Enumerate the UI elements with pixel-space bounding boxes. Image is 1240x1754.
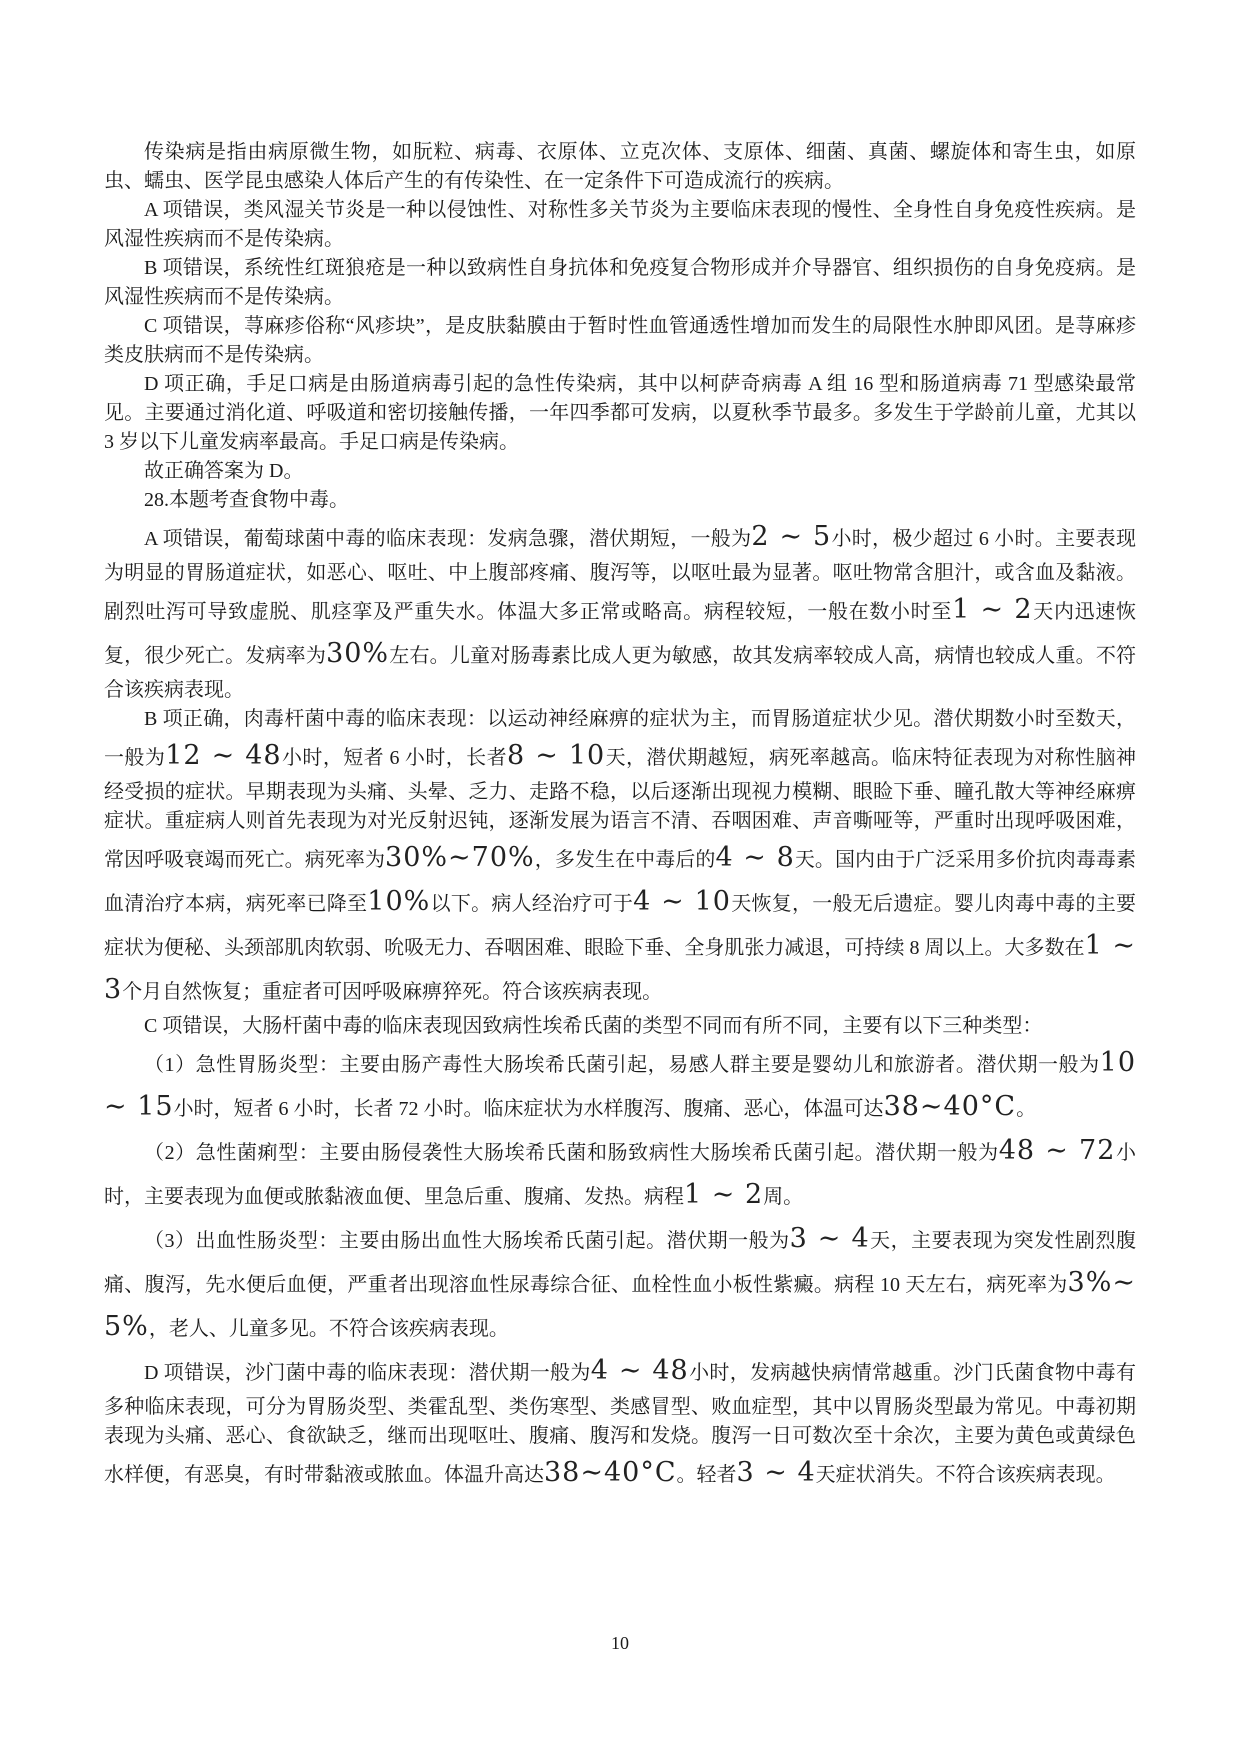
inline-math-expression: 4 ∼ 48 <box>591 1355 689 1386</box>
inline-math-expression: 3 ∼ 4 <box>790 1223 870 1254</box>
text-run: （2）急性菌痢型：主要由肠侵袭性大肠埃希氏菌和肠致病性大肠埃希氏菌引起。潜伏期一… <box>144 1142 999 1164</box>
text-run: A 项错误，类风湿关节炎是一种以侵蚀性、对称性多关节炎为主要临床表现的慢性、全身… <box>104 199 1136 250</box>
inline-math-expression: 38∼40°C <box>544 1457 677 1488</box>
paragraph-13: （3）出血性肠炎型：主要由肠出血性大肠埃希氏菌引起。潜伏期一般为3 ∼ 4天，主… <box>104 1217 1136 1349</box>
inline-math-expression: 2 ∼ 5 <box>751 521 831 552</box>
text-run: 小时，短者 6 小时，长者 <box>282 747 507 769</box>
text-run: C 项错误，荨麻疹俗称“风疹块”，是皮肤黏膜由于暂时性血管通透性增加而发生的局限… <box>104 315 1136 366</box>
text-run: 。轻者 <box>677 1464 737 1486</box>
document-page: 传染病是指由病原微生物，如朊粒、病毒、衣原体、立克次体、支原体、细菌、真菌、螺旋… <box>0 0 1240 1754</box>
text-run: 个月自然恢复；重症者可因呼吸麻痹猝死。符合该疾病表现。 <box>122 981 662 1003</box>
paragraph-5: D 项正确，手足口病是由肠道病毒引起的急性传染病，其中以柯萨奇病毒 A 组 16… <box>104 370 1136 457</box>
page-number: 10 <box>611 1633 629 1653</box>
inline-math-expression: 1 ∼ 2 <box>684 1179 763 1210</box>
inline-math-expression: 12 ∼ 48 <box>165 740 281 771</box>
text-run: 小时，短者 6 小时，长者 72 小时。临床症状为水样腹泻、腹痛、恶心，体温可达 <box>174 1098 884 1120</box>
text-run: ，老人、儿童多见。不符合该疾病表现。 <box>149 1318 509 1340</box>
text-run: B 项错误，系统性红斑狼疮是一种以致病性自身抗体和免疫复合物形成并介导器官、组织… <box>104 257 1136 308</box>
text-run: A 项错误，葡萄球菌中毒的临床表现：发病急骤，潜伏期短，一般为 <box>144 528 751 550</box>
inline-math-expression: 38∼40°C <box>884 1091 1017 1122</box>
text-run: 28.本题考查食物中毒。 <box>144 489 349 511</box>
paragraph-6: 故正确答案为 D。 <box>104 457 1136 486</box>
paragraph-11: （1）急性胃肠炎型：主要由肠产毒性大肠埃希氏菌引起，易感人群主要是婴幼儿和旅游者… <box>104 1041 1136 1129</box>
text-run: D 项正确，手足口病是由肠道病毒引起的急性传染病，其中以柯萨奇病毒 A 组 16… <box>104 373 1136 453</box>
inline-math-expression: 10% <box>367 886 430 917</box>
inline-math-expression: 4 ∼ 8 <box>715 842 794 873</box>
paragraph-2: A 项错误，类风湿关节炎是一种以侵蚀性、对称性多关节炎为主要临床表现的慢性、全身… <box>104 196 1136 254</box>
text-run: D 项错误，沙门菌中毒的临床表现：潜伏期一般为 <box>144 1362 591 1384</box>
text-run: 故正确答案为 D。 <box>144 460 303 482</box>
text-run: （1）急性胃肠炎型：主要由肠产毒性大肠埃希氏菌引起，易感人群主要是婴幼儿和旅游者… <box>144 1054 1100 1076</box>
paragraph-10: C 项错误，大肠杆菌中毒的临床表现因致病性埃希氏菌的类型不同而有所不同，主要有以… <box>104 1012 1136 1041</box>
text-run: 。 <box>1016 1098 1036 1120</box>
paragraph-4: C 项错误，荨麻疹俗称“风疹块”，是皮肤黏膜由于暂时性血管通透性增加而发生的局限… <box>104 312 1136 370</box>
paragraph-3: B 项错误，系统性红斑狼疮是一种以致病性自身抗体和免疫复合物形成并介导器官、组织… <box>104 254 1136 312</box>
inline-math-expression: 30% <box>326 638 389 669</box>
text-run: 天症状消失。不符合该疾病表现。 <box>816 1464 1116 1486</box>
inline-math-expression: 30%∼70% <box>385 842 535 873</box>
text-run: 周。 <box>763 1186 803 1208</box>
text-run: （3）出血性肠炎型：主要由肠出血性大肠埃希氏菌引起。潜伏期一般为 <box>144 1230 790 1252</box>
page-footer: 10 <box>0 1633 1240 1654</box>
text-run: 以下。病人经治疗可于 <box>430 893 633 915</box>
inline-math-expression: 8 ∼ 10 <box>507 740 605 771</box>
paragraph-7: 28.本题考查食物中毒。 <box>104 486 1136 515</box>
inline-math-expression: 1 ∼ 2 <box>952 594 1033 625</box>
paragraph-12: （2）急性菌痢型：主要由肠侵袭性大肠埃希氏菌和肠致病性大肠埃希氏菌引起。潜伏期一… <box>104 1129 1136 1217</box>
paragraph-1: 传染病是指由病原微生物，如朊粒、病毒、衣原体、立克次体、支原体、细菌、真菌、螺旋… <box>104 138 1136 196</box>
text-run: ，多发生在中毒后的 <box>535 849 716 871</box>
paragraph-14: D 项错误，沙门菌中毒的临床表现：潜伏期一般为4 ∼ 48小时，发病越快病情常越… <box>104 1349 1136 1495</box>
document-body: 传染病是指由病原微生物，如朊粒、病毒、衣原体、立克次体、支原体、细菌、真菌、螺旋… <box>104 138 1136 1495</box>
paragraph-8: A 项错误，葡萄球菌中毒的临床表现：发病急骤，潜伏期短，一般为2 ∼ 5小时，极… <box>104 515 1136 705</box>
inline-math-expression: 3 ∼ 4 <box>737 1457 816 1488</box>
text-run: 传染病是指由病原微生物，如朊粒、病毒、衣原体、立克次体、支原体、细菌、真菌、螺旋… <box>104 141 1136 192</box>
paragraph-9: B 项正确，肉毒杆菌中毒的临床表现：以运动神经麻痹的症状为主，而胃肠道症状少见。… <box>104 705 1136 1012</box>
inline-math-expression: 4 ∼ 10 <box>633 886 731 917</box>
text-run: C 项错误，大肠杆菌中毒的临床表现因致病性埃希氏菌的类型不同而有所不同，主要有以… <box>144 1015 1042 1037</box>
inline-math-expression: 48 ∼ 72 <box>999 1135 1116 1166</box>
